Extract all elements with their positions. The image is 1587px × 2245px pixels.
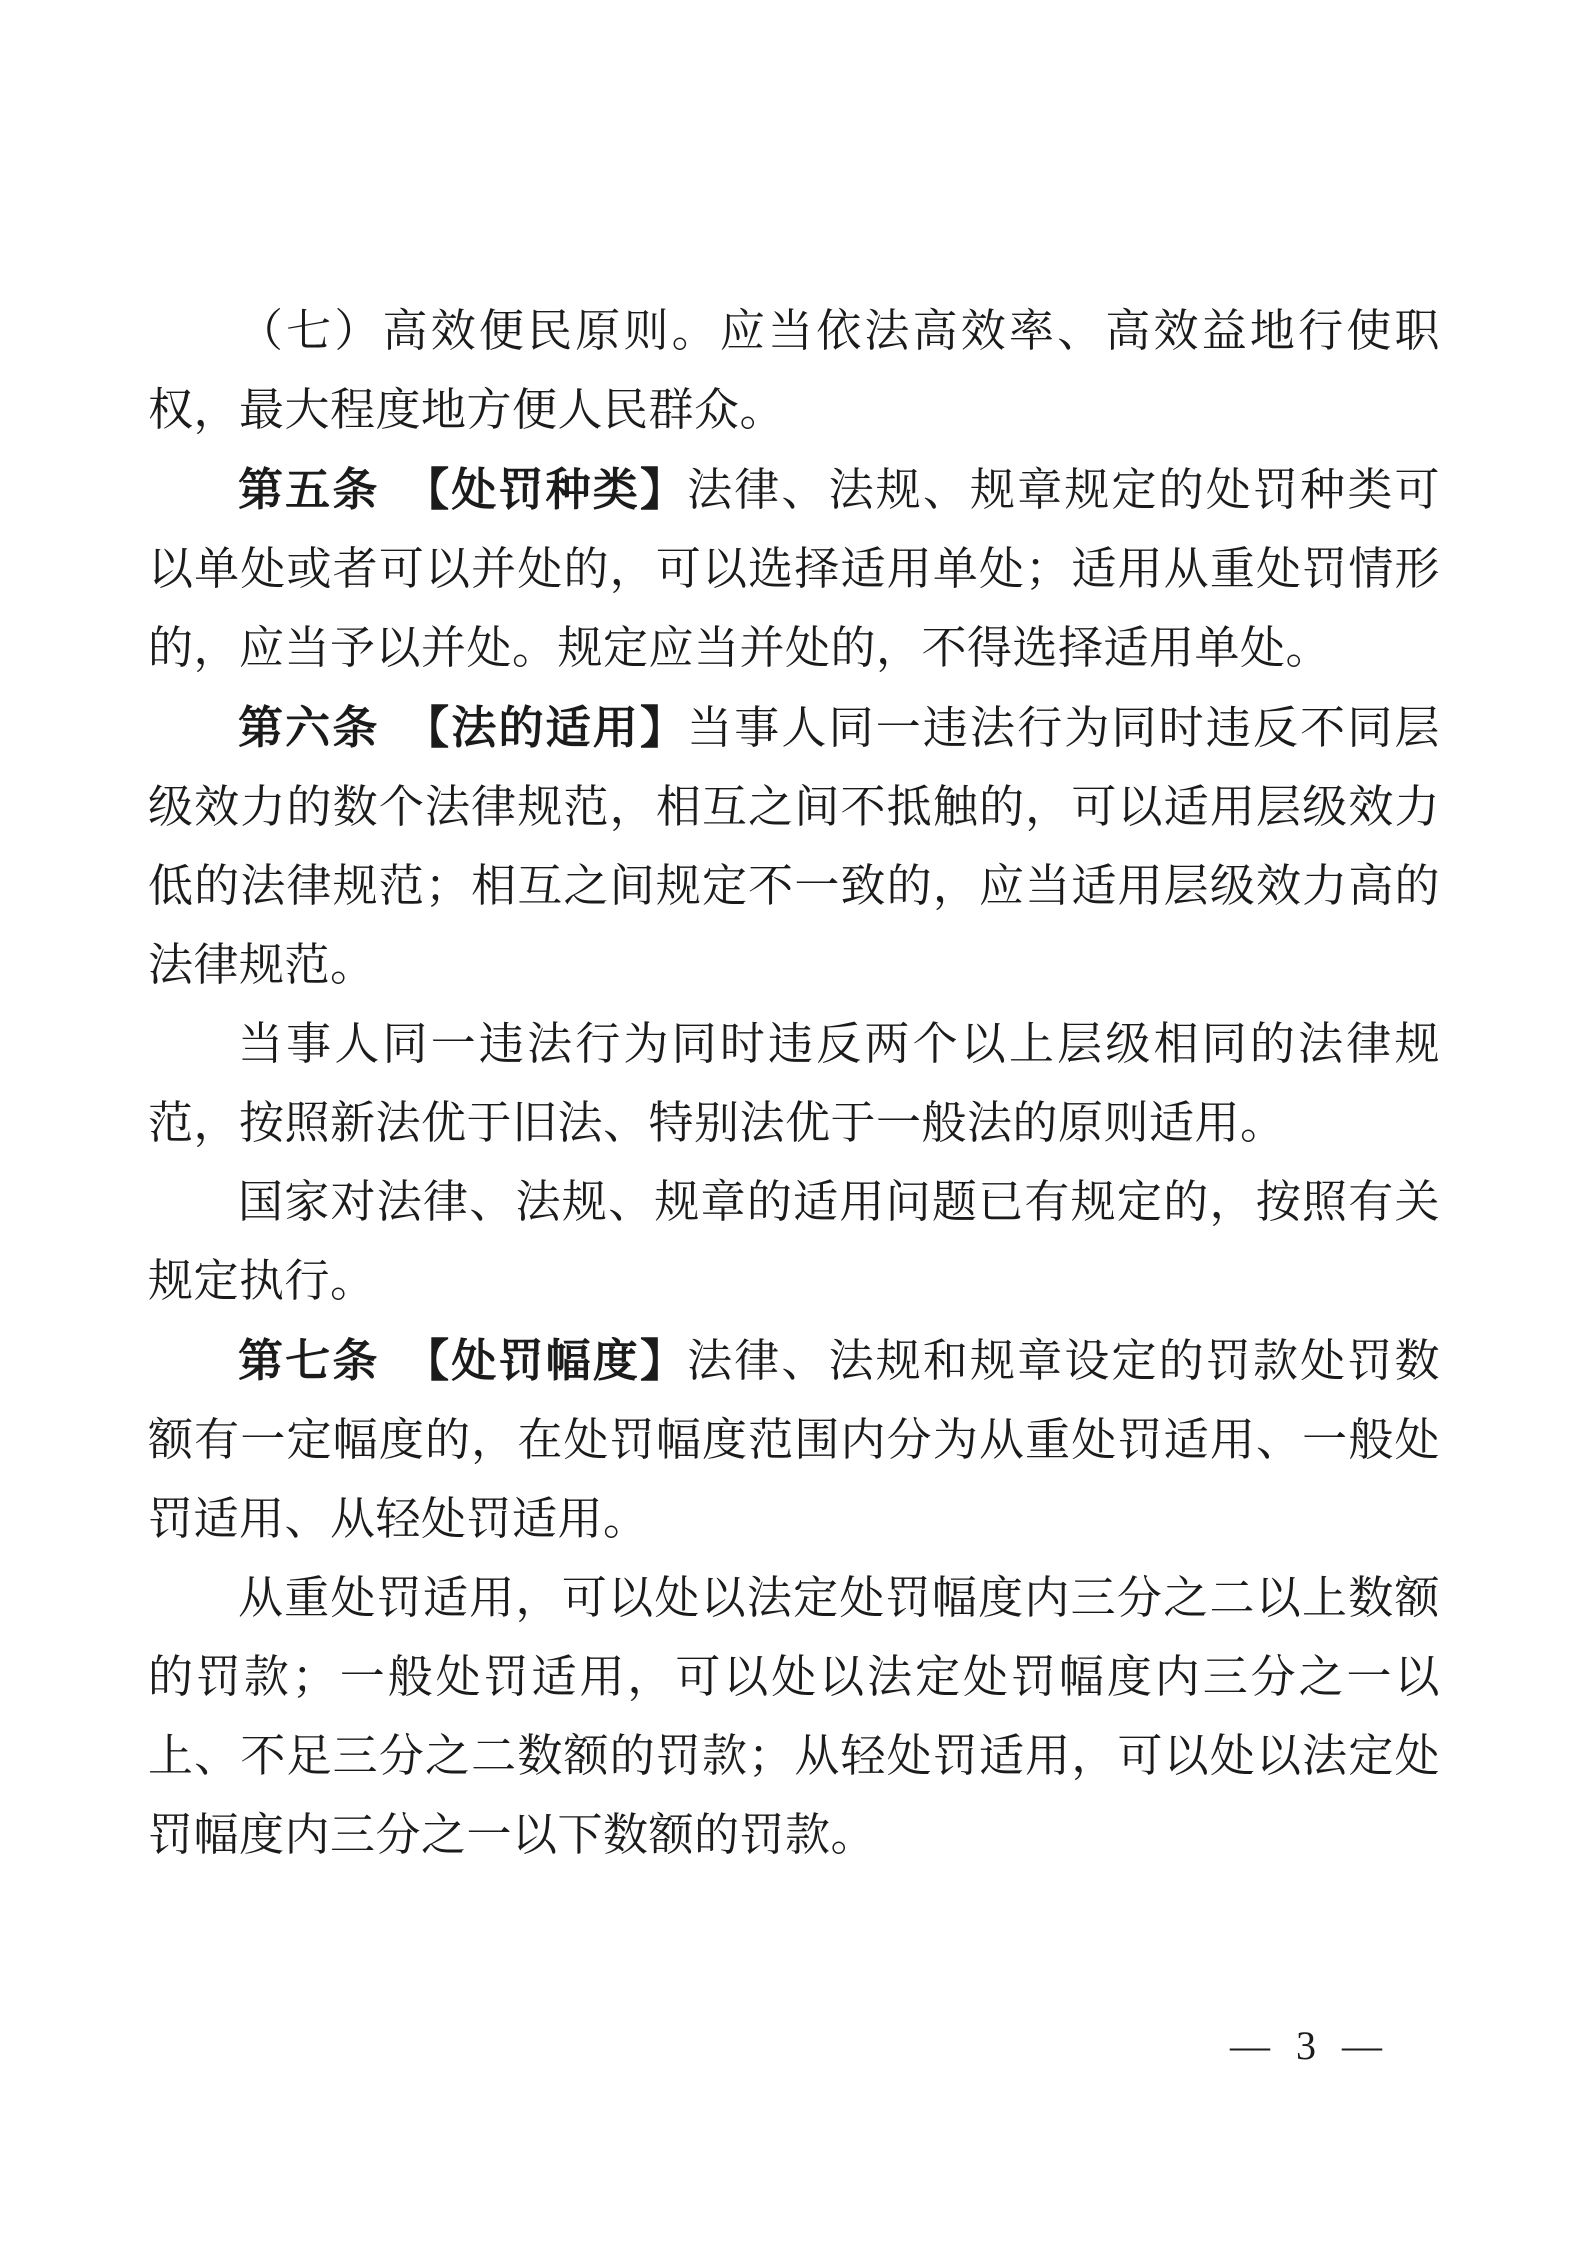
article-heading: 第七条 [238, 1335, 379, 1386]
paragraph-item-7-principle: （七）高效便民原则。应当依法高效率、高效益地行使职权，最大程度地方便人民群众。 [148, 292, 1440, 450]
paragraph-article-6: 第六条 【法的适用】当事人同一违法行为同时违反不同层级效力的数个法律规范，相互之… [148, 688, 1440, 1005]
paragraph-text: 国家对法律、法规、规章的适用问题已有规定的，按照有关规定执行。 [148, 1177, 1440, 1306]
paragraph-text [379, 703, 426, 753]
paragraph-article-5: 第五条 【处罚种类】法律、法规、规章规定的处罚种类可以单处或者可以并处的，可以选… [148, 450, 1440, 688]
paragraph-article-6-clause-2: 当事人同一违法行为同时违反两个以上层级相同的法律规范，按照新法优于旧法、特别法优… [148, 1005, 1440, 1163]
paragraph-text: （七）高效便民原则。应当依法高效率、高效益地行使职权，最大程度地方便人民群众。 [148, 306, 1440, 435]
document-page: （七）高效便民原则。应当依法高效率、高效益地行使职权，最大程度地方便人民群众。第… [0, 0, 1587, 2245]
paragraph-article-7-clause-2: 从重处罚适用，可以处以法定处罚幅度内三分之二以上数额的罚款；一般处罚适用，可以处… [148, 1559, 1440, 1875]
paragraph-article-6-clause-3: 国家对法律、法规、规章的适用问题已有规定的，按照有关规定执行。 [148, 1163, 1440, 1321]
document-body: （七）高效便民原则。应当依法高效率、高效益地行使职权，最大程度地方便人民群众。第… [148, 292, 1440, 1875]
article-heading: 第六条 [238, 702, 379, 753]
paragraph-text: 从重处罚适用，可以处以法定处罚幅度内三分之二以上数额的罚款；一般处罚适用，可以处… [148, 1573, 1440, 1860]
paragraph-text [379, 465, 426, 515]
article-heading: 【处罚种类】 [427, 464, 687, 515]
article-heading: 【法的适用】 [427, 702, 687, 753]
article-heading: 【处罚幅度】 [427, 1335, 687, 1386]
article-heading: 第五条 [238, 464, 379, 515]
page-number: — 3 — [1230, 2022, 1390, 2069]
paragraph-text: 当事人同一违法行为同时违反两个以上层级相同的法律规范，按照新法优于旧法、特别法优… [148, 1019, 1440, 1148]
paragraph-article-7: 第七条 【处罚幅度】法律、法规和规章设定的罚款处罚数额有一定幅度的，在处罚幅度范… [148, 1321, 1440, 1559]
paragraph-text [379, 1336, 426, 1386]
